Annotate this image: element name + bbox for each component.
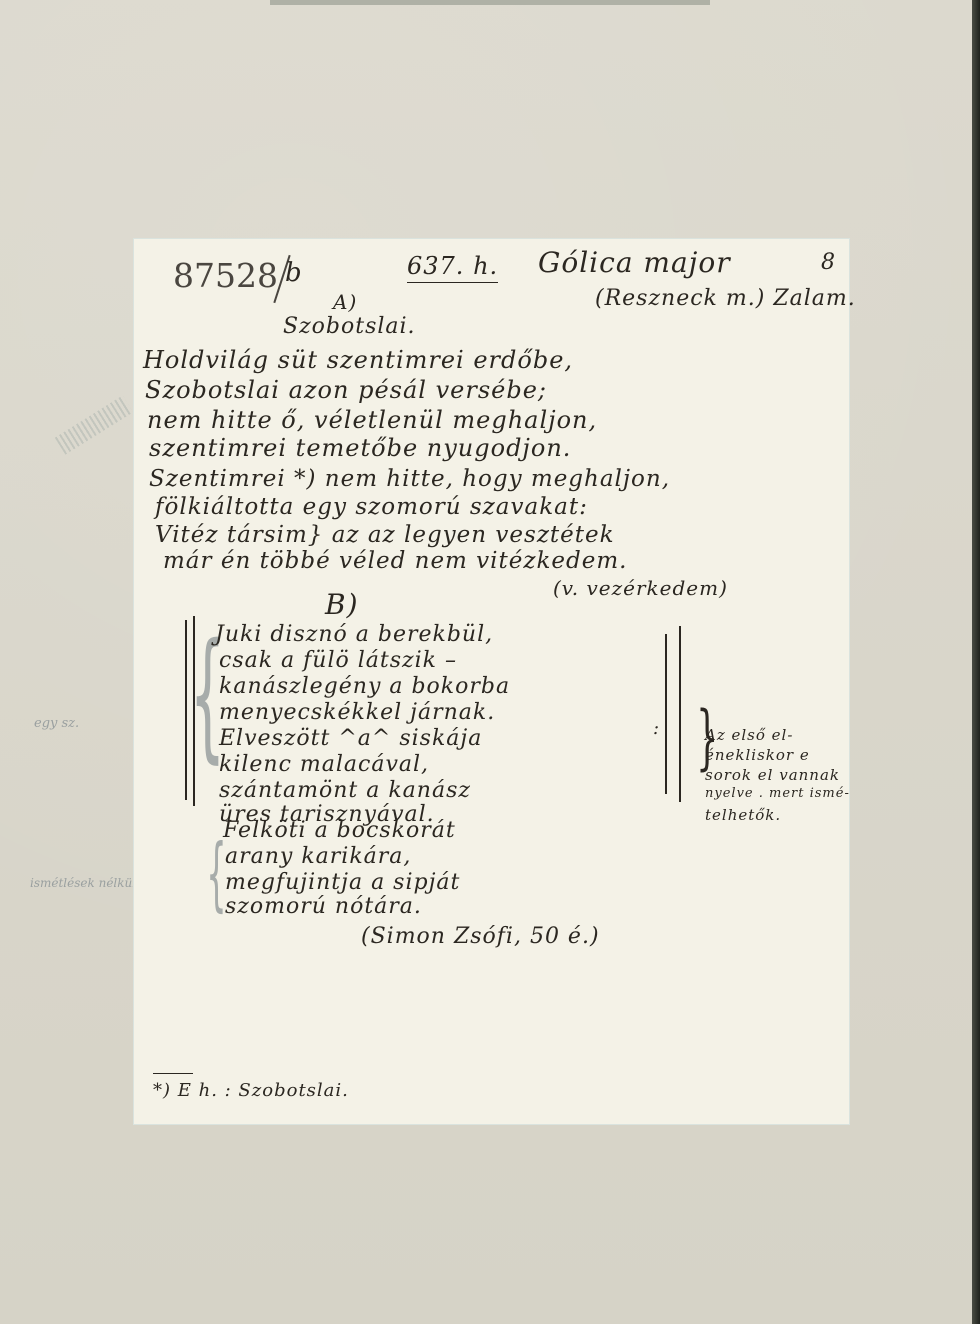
verse-line: szántamönt a kanász bbox=[219, 778, 471, 803]
verse-line: Juki disznó a berekbül, bbox=[215, 622, 493, 647]
verse-line: csak a fülö látszik – bbox=[219, 648, 457, 673]
top-shadow bbox=[270, 0, 710, 5]
variant-note: (v. vezérkedem) bbox=[553, 576, 728, 600]
repeat-colon: : bbox=[653, 718, 660, 739]
margin-rule bbox=[185, 620, 187, 800]
verse-line: megfujintja a sipját bbox=[225, 870, 460, 895]
county-name: (Reszneck m.) Zalam. bbox=[595, 286, 856, 311]
verse-line: Elveszött ^a^ siskája bbox=[219, 726, 482, 751]
verse-line: fölkiáltotta egy szomorú szavakat: bbox=[155, 494, 588, 520]
margin-rule-right bbox=[679, 626, 681, 802]
verse-line: Felköti a bocskorát bbox=[223, 818, 456, 843]
verse-line: szentimrei temetőbe nyugodjon. bbox=[149, 434, 571, 462]
verse-line: Holdvilág süt szentimrei erdőbe, bbox=[143, 346, 573, 374]
verse-line: nem hitte ő, véletlenül meghaljon, bbox=[147, 406, 597, 434]
footnote: *) E h. : Szobotslai. bbox=[153, 1080, 349, 1101]
verse-line: kanászlegény a bokorba bbox=[219, 674, 510, 699]
footnote-rule bbox=[153, 1073, 193, 1074]
side-note-line: Az első el- bbox=[705, 726, 793, 744]
section-b-label: B) bbox=[325, 588, 359, 621]
verse-line: szomorú nótára. bbox=[225, 894, 422, 919]
place-name: Gólica major bbox=[538, 246, 731, 279]
verse-line: már én többé véled nem vitézkedem. bbox=[163, 548, 628, 574]
verse-line: Szobotslai azon pésál versébe; bbox=[145, 376, 547, 404]
manuscript-page: 87528 b 637. h. Gólica major 8 (Reszneck… bbox=[133, 238, 850, 1125]
margin-rule-right bbox=[665, 634, 667, 794]
catalog-number: 87528 bbox=[173, 256, 278, 295]
side-note-line: nyelve . mert ismé- bbox=[705, 786, 850, 801]
item-code: 637. h. bbox=[407, 252, 498, 283]
verse-line: kilenc malacával, bbox=[219, 752, 429, 777]
side-note-line: telhetők. bbox=[705, 806, 781, 824]
catalog-suffix: b bbox=[285, 258, 302, 288]
section-a-label: A) bbox=[333, 290, 357, 314]
pencil-brace-lower: { bbox=[206, 834, 226, 914]
mount-dark-edge bbox=[972, 0, 980, 1324]
page-number: 8 bbox=[821, 250, 836, 275]
verse-line: Vitéz társim} az az legyen vesztétek bbox=[155, 522, 615, 548]
section-a-title: Szobotslai. bbox=[283, 314, 416, 339]
pencil-note-lower: ismétlések nélkül. bbox=[30, 876, 140, 890]
verse-line: Szentimrei *) nem hitte, hogy meghaljon, bbox=[149, 466, 670, 492]
verse-line: menyecskékkel járnak. bbox=[219, 700, 495, 725]
pencil-note-upper: egy sz. bbox=[34, 716, 79, 731]
informant: (Simon Zsófi, 50 é.) bbox=[361, 924, 600, 949]
verse-line: arany karikára, bbox=[225, 844, 411, 869]
side-note-line: sorok el vannak bbox=[705, 766, 840, 784]
side-note-line: énekliskor e bbox=[705, 746, 810, 764]
